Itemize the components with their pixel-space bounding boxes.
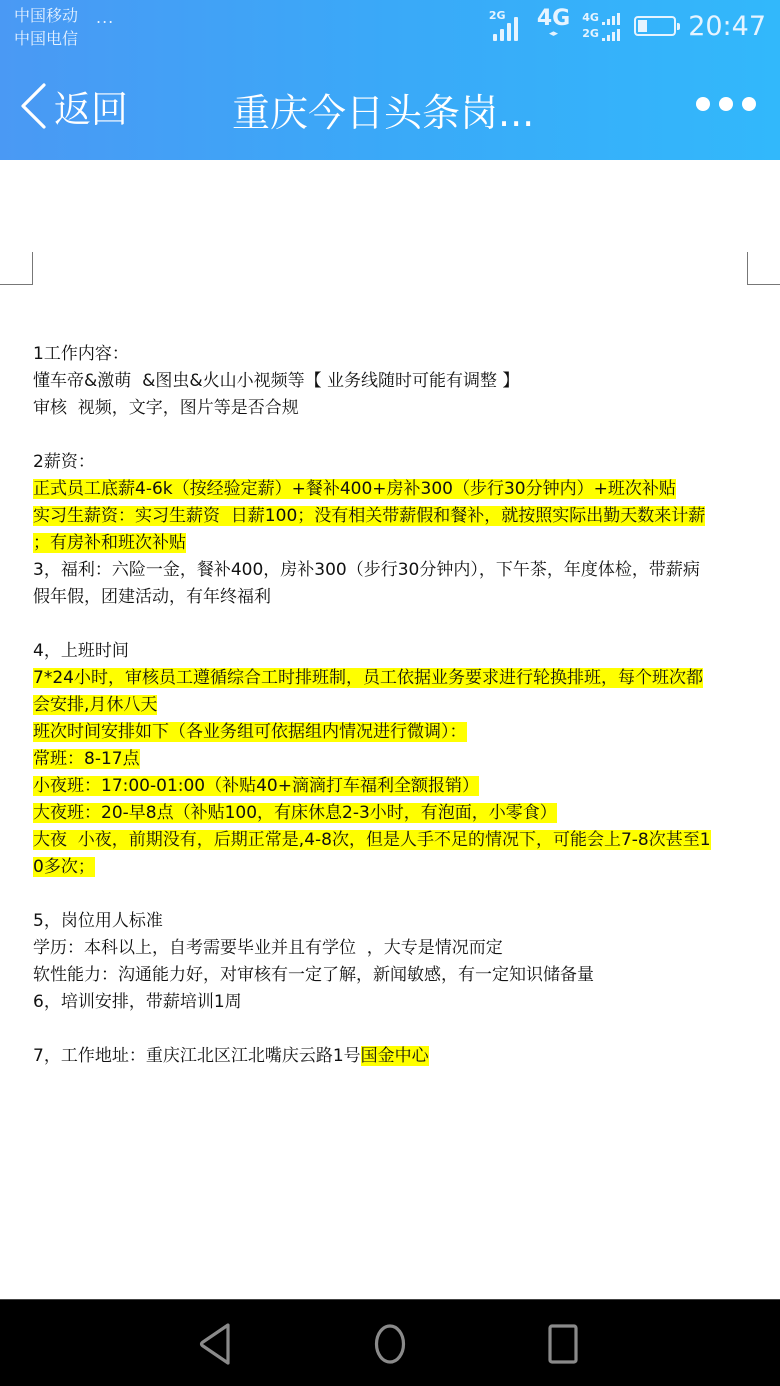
document-line: 假年假，团建活动，有年终福利 [33,584,748,611]
document-line: 4，上班时间 [33,638,748,665]
document-line: 3，福利：六险一金，餐补400，房补300（步行30分钟内），下午茶，年度体检，… [33,557,748,584]
text: 6，培训安排，带薪培训1周 [33,992,242,1012]
document-line: 正式员工底薪4-6k（按经验定薪）+餐补400+房补300（步行30分钟内）+班… [33,476,748,503]
highlighted-text: 国金中心 [361,1046,429,1066]
carrier-2: 中国电信 [14,27,78,50]
document-line: 6，培训安排，带薪培训1周 [33,989,748,1016]
text: 2薪资： [33,452,95,472]
highlighted-text: 会安排,月休八天 [33,695,157,715]
highlighted-text: ；有房补和班次补贴 [33,533,186,553]
text: 审核 视频，文字，图片等是否合规 [33,398,299,418]
page-title: 重庆今日头条岗... [232,82,534,137]
document-line: 0多次； [33,854,748,881]
document-line: 7，工作地址：重庆江北区江北嘴庆云路1号国金中心 [33,1043,748,1070]
document-line: 5，岗位用人标准 [33,908,748,935]
text: 软性能力：沟通能力好，对审核有一定了解，新闻敏感，有一定知识储备量 [33,965,594,985]
text: 3，福利：六险一金，餐补400，房补300（步行30分钟内），下午茶，年度体检，… [33,560,700,580]
page-corner-mark-left [0,252,33,285]
document-line: 软性能力：沟通能力好，对审核有一定了解，新闻敏感，有一定知识储备量 [33,962,748,989]
document-line: 会安排,月休八天 [33,692,748,719]
text: 7，工作地址：重庆江北区江北嘴庆云路1号 [33,1046,361,1066]
blank-line [33,422,748,449]
document-line: ；有房补和班次补贴 [33,530,748,557]
document-line: 大夜班：20-早8点（补贴100，有床休息2-3小时，有泡面，小零食） [33,800,748,827]
notification-overflow-icon: ... [96,8,114,27]
carrier-1: 中国移动 [14,4,78,27]
document-line: 实习生薪资：实习生薪资 日薪100；没有相关带薪假和餐补，就按照实际出勤天数来计… [33,503,748,530]
system-nav-bar [0,1299,780,1386]
highlighted-text: 班次时间安排如下（各业务组可依据组内情况进行微调）： [33,722,467,742]
signal-icon: 2G [489,9,525,43]
clock: 20:47 [688,11,766,42]
more-button[interactable] [696,97,756,111]
text: 懂车帝&激萌 &图虫&火山小视频等【 业务线随时可能有调整 】 [33,371,519,391]
text: 假年假，团建活动，有年终福利 [33,587,271,607]
more-dot [719,97,733,111]
document-line: 1工作内容： [33,341,748,368]
status-icons: 2G 4G ◂▸ 4G 2G 20:47 [489,6,766,46]
text: 5，岗位用人标准 [33,911,163,931]
blank-line [33,881,748,908]
document-line: 7*24小时，审核员工遵循综合工时排班制，员工依据业务要求进行轮换排班，每个班次… [33,665,748,692]
dual-signal-icon: 4G 2G [582,9,622,43]
highlighted-text: 7*24小时，审核员工遵循综合工时排班制，员工依据业务要求进行轮换排班，每个班次… [33,668,703,688]
document-line: 2薪资： [33,449,748,476]
highlighted-text: 实习生薪资：实习生薪资 日薪100；没有相关带薪假和餐补，就按照实际出勤天数来计… [33,506,705,526]
document-line: 常班：8-17点 [33,746,748,773]
text: 4，上班时间 [33,641,129,661]
document-line: 小夜班：17:00-01:00（补贴40+滴滴打车福利全额报销） [33,773,748,800]
more-dots-icon [696,97,710,111]
back-button[interactable]: 返回 [18,80,128,132]
highlighted-text: 0多次； [33,857,95,877]
document-body: 1工作内容：懂车帝&激萌 &图虫&火山小视频等【 业务线随时可能有调整 】审核 … [33,341,748,1070]
text: 学历：本科以上，自考需要毕业并且有学位 ，大专是情况而定 [33,938,503,958]
data-4g-icon: 4G ◂▸ [537,8,570,38]
triangle-back-icon [197,1322,237,1366]
top-bar: 中国移动 中国电信 ... 2G 4G ◂▸ 4G 2G 20:47 返回 重庆… [0,0,780,160]
nav-recents-button[interactable] [538,1320,588,1368]
chevron-left-icon [18,82,48,130]
nav-home-button[interactable] [365,1320,415,1368]
highlighted-text: 大夜 小夜，前期没有，后期正常是,4-8次，但是人手不足的情况下，可能会上7-8… [33,830,711,850]
blank-line [33,1016,748,1043]
square-recents-icon [541,1322,585,1366]
circle-home-icon [368,1322,412,1366]
document-line: 懂车帝&激萌 &图虫&火山小视频等【 业务线随时可能有调整 】 [33,368,748,395]
highlighted-text: 小夜班：17:00-01:00（补贴40+滴滴打车福利全额报销） [33,776,479,796]
text: 1工作内容： [33,344,129,364]
carrier-labels: 中国移动 中国电信 [14,4,78,50]
page-corner-mark-right [747,252,780,285]
document-line: 班次时间安排如下（各业务组可依据组内情况进行微调）： [33,719,748,746]
document-line: 审核 视频，文字，图片等是否合规 [33,395,748,422]
nav-back-button[interactable] [192,1320,242,1368]
back-label: 返回 [54,79,128,133]
document-line: 学历：本科以上，自考需要毕业并且有学位 ，大专是情况而定 [33,935,748,962]
more-dot [742,97,756,111]
battery-icon [634,16,676,36]
highlighted-text: 常班：8-17点 [33,749,140,769]
document-line: 大夜 小夜，前期没有，后期正常是,4-8次，但是人手不足的情况下，可能会上7-8… [33,827,748,854]
highlighted-text: 正式员工底薪4-6k（按经验定薪）+餐补400+房补300（步行30分钟内）+班… [33,479,676,499]
blank-line [33,611,748,638]
highlighted-text: 大夜班：20-早8点（补贴100，有床休息2-3小时，有泡面，小零食） [33,803,557,823]
